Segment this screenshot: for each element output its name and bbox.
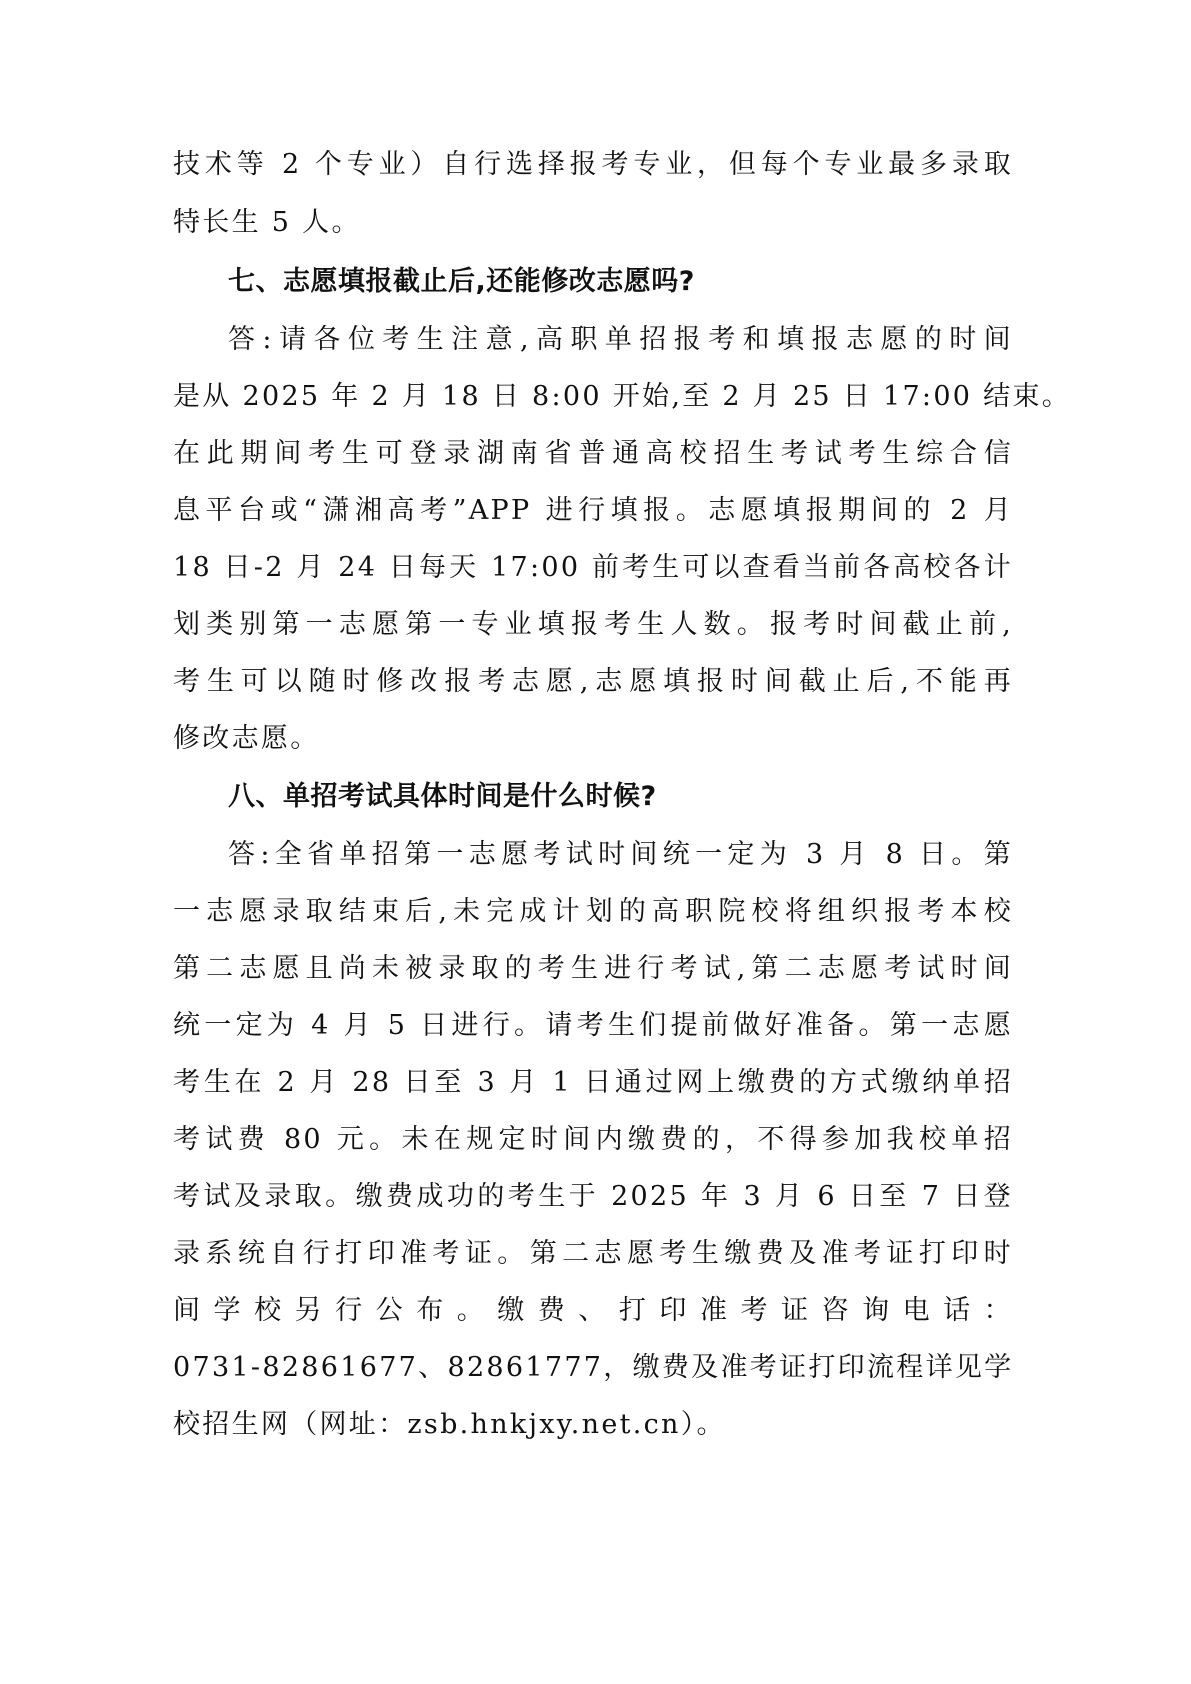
section-heading-7: 七、志愿填报截止后,还能修改志愿吗?	[228, 262, 1013, 302]
paragraph-line: 是从 2025 年 2 月 18 日 8:00 开始,至 2 月 25 日 17…	[173, 377, 1013, 417]
paragraph-line: 间学校另行公布。缴费、打印准考证咨询电话：	[173, 1291, 1013, 1331]
paragraph-line: 一志愿录取结束后,未完成计划的高职院校将组织报考本校	[173, 892, 1013, 932]
document-page: 技术等 2 个专业）自行选择报考专业，但每个专业最多录取 特长生 5 人。 七、…	[0, 0, 1191, 1684]
paragraph-line: 息平台或“潇湘高考”APP 进行填报。志愿填报期间的 2 月	[173, 491, 1013, 531]
paragraph-line: 考生在 2 月 28 日至 3 月 1 日通过网上缴费的方式缴纳单招	[173, 1063, 1013, 1103]
paragraph-line: 在此期间考生可登录湖南省普通高校招生考试考生综合信	[173, 434, 1013, 474]
paragraph-line: 特长生 5 人。	[173, 203, 1013, 243]
paragraph-line: 技术等 2 个专业）自行选择报考专业，但每个专业最多录取	[173, 145, 1013, 185]
paragraph-line: 划类别第一志愿第一专业填报考生人数。报考时间截止前,	[173, 605, 1013, 645]
paragraph-line: 考生可以随时修改报考志愿,志愿填报时间截止后,不能再	[173, 662, 1013, 702]
paragraph-line: 考试及录取。缴费成功的考生于 2025 年 3 月 6 日至 7 日登	[173, 1177, 1013, 1217]
answer-line: 答:全省单招第一志愿考试时间统一定为 3 月 8 日。第	[228, 835, 1013, 875]
section-heading-8: 八、单招考试具体时间是什么时候?	[228, 777, 1013, 817]
paragraph-line: 第二志愿且尚未被录取的考生进行考试,第二志愿考试时间	[173, 949, 1013, 989]
website-line: 校招生网（网址：zsb.hnkjxy.net.cn）。	[173, 1405, 1013, 1445]
paragraph-line: 修改志愿。	[173, 719, 1013, 759]
paragraph-line: 考试费 80 元。未在规定时间内缴费的，不得参加我校单招	[173, 1120, 1013, 1160]
paragraph-line: 18 日-2 月 24 日每天 17:00 前考生可以查看当前各高校各计	[173, 548, 1013, 588]
paragraph-line: 录系统自行打印准考证。第二志愿考生缴费及准考证打印时	[173, 1234, 1013, 1274]
paragraph-line: 统一定为 4 月 5 日进行。请考生们提前做好准备。第一志愿	[173, 1006, 1013, 1046]
answer-line: 答:请各位考生注意,高职单招报考和填报志愿的时间	[228, 320, 1013, 360]
contact-phone-line: 0731-82861677、82861777，缴费及准考证打印流程详见学	[173, 1348, 1013, 1388]
